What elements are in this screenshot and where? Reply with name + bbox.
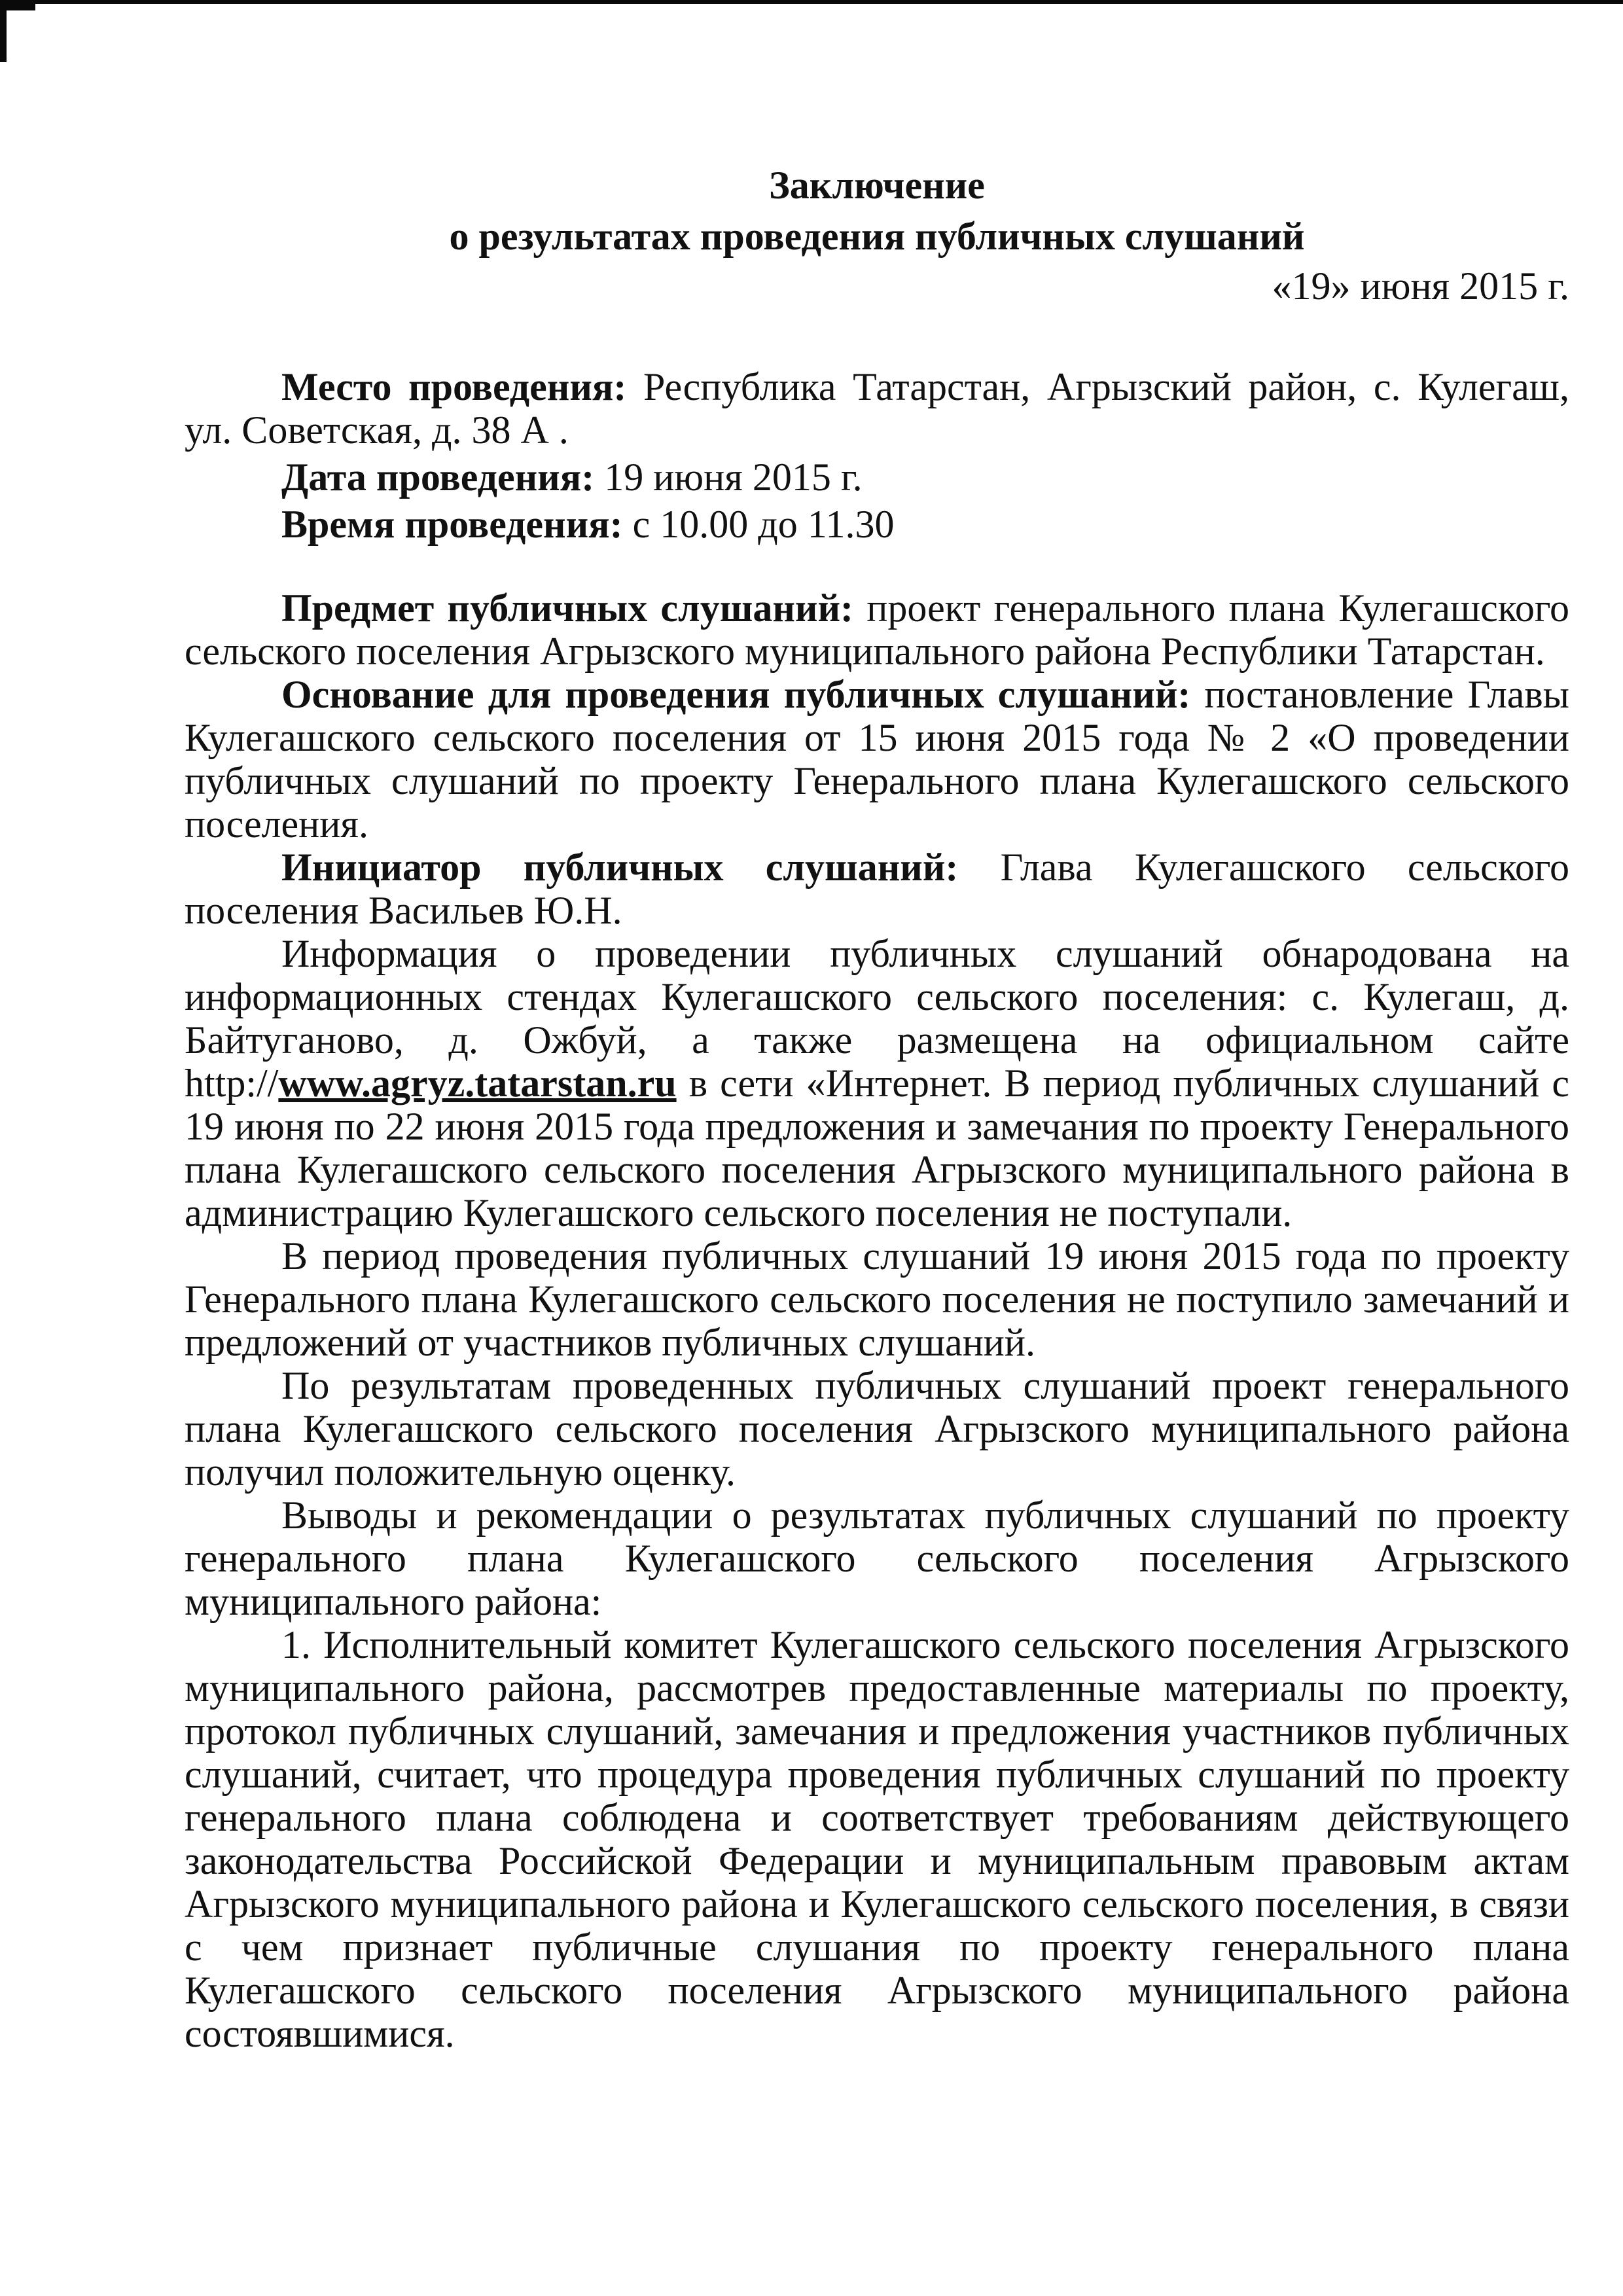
basis-paragraph: Основание для проведения публичных слуша… <box>185 673 1569 846</box>
hearing-time-value: с 10.00 до 11.30 <box>623 503 895 546</box>
hearing-date-paragraph: Дата проведения: 19 июня 2015 г. <box>185 456 1569 499</box>
subject-label: Предмет публичных слушаний: <box>281 586 853 630</box>
document-page: Заключение о результатах проведения публ… <box>185 164 1569 2055</box>
hearing-date-value: 19 июня 2015 г. <box>594 456 862 499</box>
hearing-date-label: Дата проведения: <box>281 456 594 499</box>
subject-paragraph: Предмет публичных слушаний: проект генер… <box>185 586 1569 673</box>
website-link[interactable]: www.agryz.tatarstan.ru <box>278 1062 676 1105</box>
scan-edge-corner <box>0 0 35 10</box>
initiator-paragraph: Инициатор публичных слушаний: Глава Куле… <box>185 846 1569 932</box>
info-paragraph: Информация о проведении публичных слушан… <box>185 932 1569 1234</box>
document-title: Заключение <box>185 164 1569 207</box>
conclusions-paragraph: Выводы и рекомендации о результатах публ… <box>185 1494 1569 1623</box>
document-subtitle: о результатах проведения публичных слуша… <box>185 215 1569 258</box>
scan-edge-top <box>0 0 1623 4</box>
venue-paragraph: Место проведения: Республика Татарстан, … <box>185 365 1569 452</box>
basis-label: Основание для проведения публичных слуша… <box>281 673 1190 716</box>
document-date: «19» июня 2015 г. <box>185 264 1569 308</box>
period-paragraph: В период проведения публичных слушаний 1… <box>185 1234 1569 1364</box>
results-paragraph: По результатам проведенных публичных слу… <box>185 1364 1569 1494</box>
hearing-time-paragraph: Время проведения: с 10.00 до 11.30 <box>185 503 1569 546</box>
venue-label: Место проведения: <box>281 365 626 408</box>
conclusion-item-1: 1. Исполнительный комитет Кулегашского с… <box>185 1623 1569 2055</box>
hearing-time-label: Время проведения: <box>281 503 623 546</box>
initiator-label: Инициатор публичных слушаний: <box>281 846 958 889</box>
